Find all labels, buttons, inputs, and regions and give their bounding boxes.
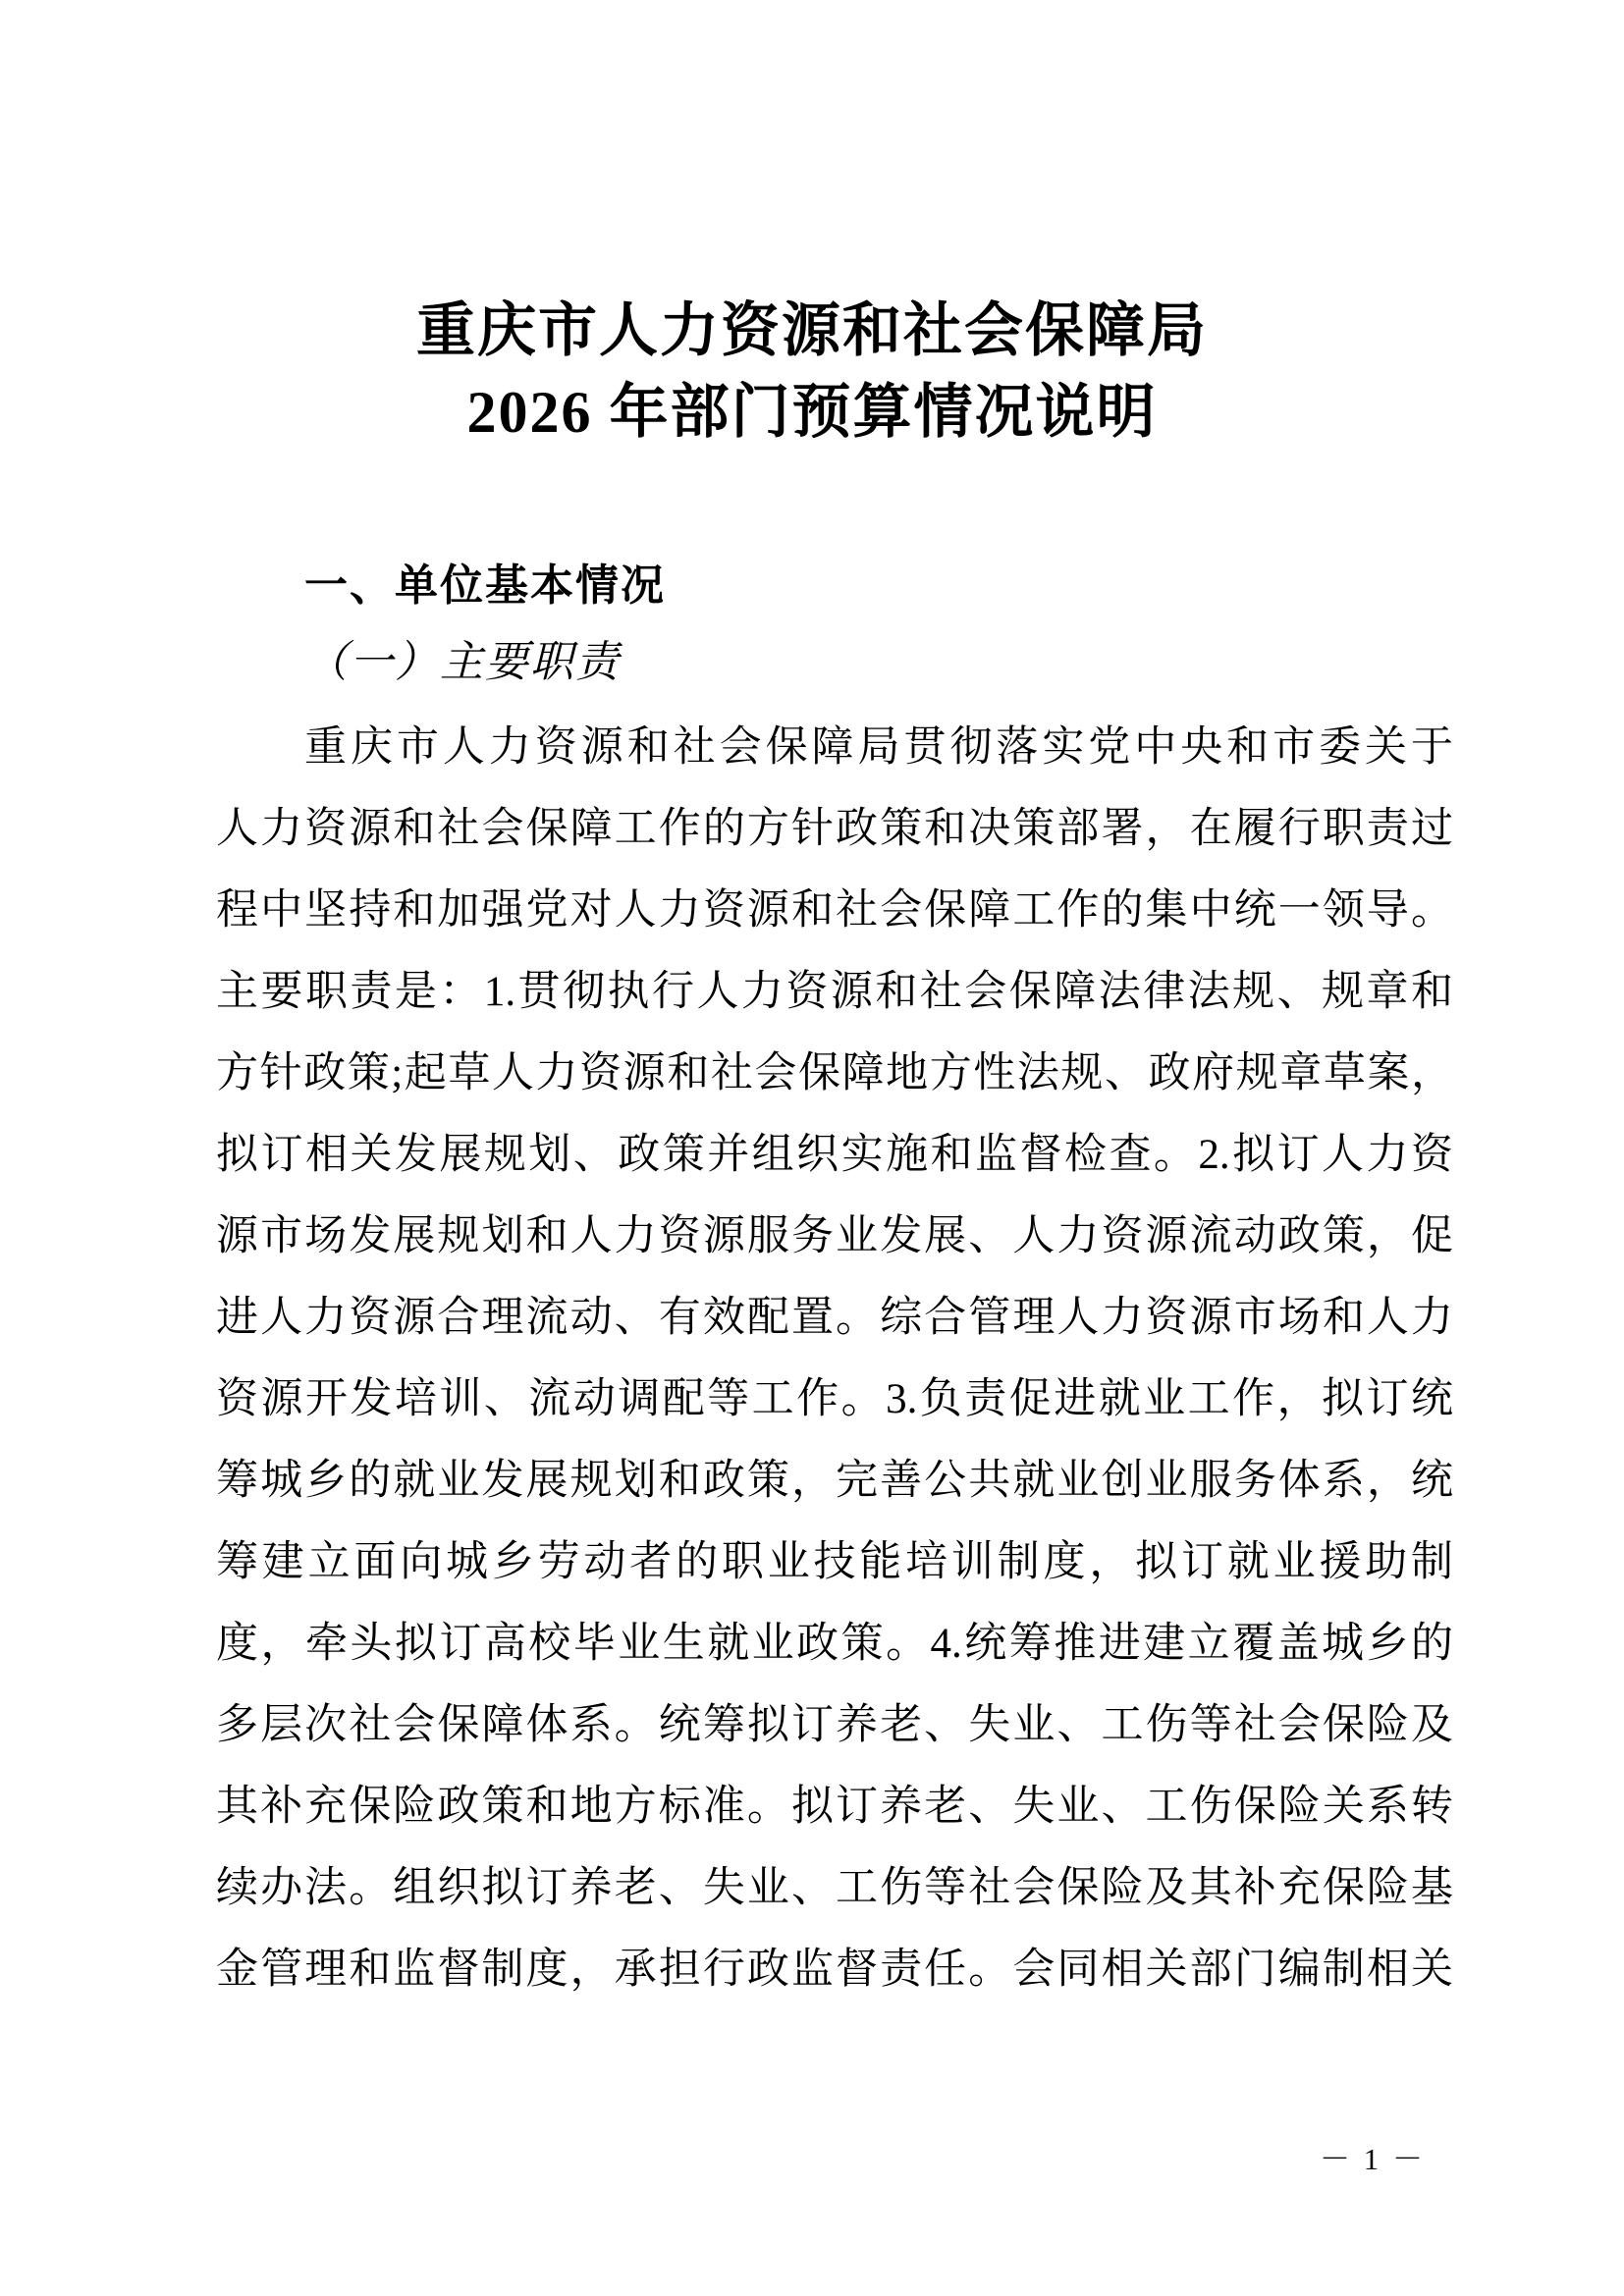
document-page: 重庆市人力资源和社会保障局 2026 年部门预算情况说明 一、单位基本情况 （一… xyxy=(0,0,1624,2296)
body-line: 方针政策;起草人力资源和社会保障地方性法规、政府规章草案， xyxy=(216,1033,1453,1114)
document-title: 重庆市人力资源和社会保障局 2026 年部门预算情况说明 xyxy=(0,291,1624,454)
body-line: 筹城乡的就业发展规划和政策，完善公共就业创业服务体系，统 xyxy=(216,1440,1453,1522)
body-line: 筹建立面向城乡劳动者的职业技能培训制度，拟订就业援助制 xyxy=(216,1522,1453,1603)
body-line: 拟订相关发展规划、政策并组织实施和监督检查。2.拟订人力资 xyxy=(216,1114,1453,1196)
body-line: 源市场发展规划和人力资源服务业发展、人力资源流动政策，促 xyxy=(216,1196,1453,1277)
document-title-line1: 重庆市人力资源和社会保障局 xyxy=(0,291,1624,372)
body-line: 度，牵头拟订高校毕业生就业政策。4.统筹推进建立覆盖城乡的 xyxy=(216,1603,1453,1684)
body-line: 主要职责是：1.贯彻执行人力资源和社会保障法律法规、规章和 xyxy=(216,951,1453,1033)
body-line: 金管理和监督制度，承担行政监督责任。会同相关部门编制相关 xyxy=(216,1929,1453,2010)
body-line: 重庆市人力资源和社会保障局贯彻落实党中央和市委关于 xyxy=(216,707,1453,788)
body-line: 资源开发培训、流动调配等工作。3.负责促进就业工作，拟订统 xyxy=(216,1359,1453,1440)
body-line: 续办法。组织拟订养老、失业、工伤等社会保险及其补充保险基 xyxy=(216,1847,1453,1929)
body-line: 进人力资源合理流动、有效配置。综合管理人力资源市场和人力 xyxy=(216,1277,1453,1359)
body-paragraph: 重庆市人力资源和社会保障局贯彻落实党中央和市委关于 人力资源和社会保障工作的方针… xyxy=(216,707,1453,2010)
body-line: 程中坚持和加强党对人力资源和社会保障工作的集中统一领导。 xyxy=(216,870,1453,951)
body-line: 人力资源和社会保障工作的方针政策和决策部署，在履行职责过 xyxy=(216,788,1453,870)
section-heading: 一、单位基本情况 xyxy=(216,545,1453,626)
body-line: 其补充保险政策和地方标准。拟订养老、失业、工伤保险关系转 xyxy=(216,1766,1453,1847)
subsection-heading: （一）主要职责 xyxy=(216,621,1453,703)
document-title-line2: 2026 年部门预算情况说明 xyxy=(0,372,1624,454)
page-number: － 1 － xyxy=(1320,2134,1426,2178)
body-line: 多层次社会保障体系。统筹拟订养老、失业、工伤等社会保险及 xyxy=(216,1684,1453,1766)
